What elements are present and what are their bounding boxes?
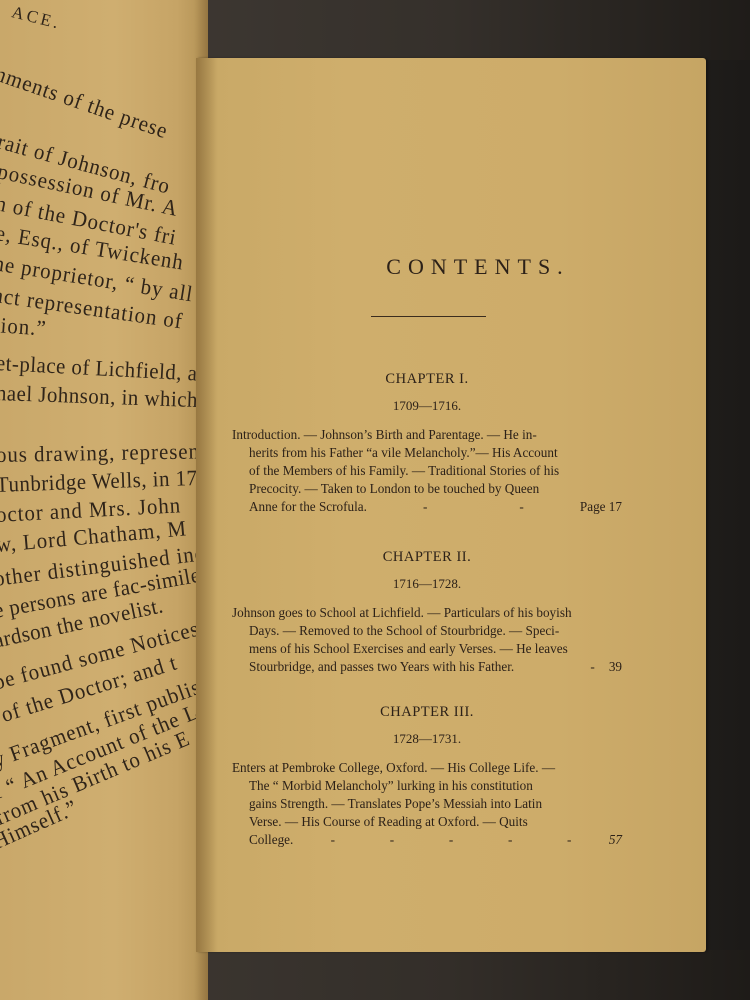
summary-line: mens of his School Exercises and early V…	[232, 640, 622, 658]
summary-last-line: Anne for the Scrofula. - - Page 17	[232, 498, 622, 516]
leader-dash: -	[331, 831, 335, 849]
leader-dash: -	[590, 658, 594, 676]
chapter-summary: Johnson goes to School at Lichfield. — P…	[232, 604, 622, 676]
running-head: ACE.	[10, 2, 64, 34]
leader-dash: -	[567, 831, 571, 849]
summary-line: gains Strength. — Translates Pope’s Mess…	[232, 795, 622, 813]
dot-leaders: - -	[367, 498, 580, 516]
preface-line: nments of the prese	[0, 61, 172, 145]
summary-line: Anne for the Scrofula.	[249, 498, 367, 516]
summary-line: Days. — Removed to the School of Stourbr…	[232, 622, 622, 640]
chapter-years: 1716—1728.	[232, 575, 622, 593]
leader-dash: -	[519, 498, 523, 516]
leader-dash: -	[390, 831, 394, 849]
page-number: Page 17	[580, 498, 622, 516]
dot-leaders: - - - - -	[293, 831, 608, 849]
leader-dash: -	[508, 831, 512, 849]
chapter-entry: CHAPTER III. 1728—1731. Enters at Pembro…	[232, 702, 622, 849]
chapter-summary: Enters at Pembroke College, Oxford. — Hi…	[232, 759, 622, 849]
page-title: CONTENTS.	[196, 254, 706, 280]
gutter-shadow	[196, 58, 218, 952]
left-page-preface: ACE. nments of the prese rait of Johnson…	[0, 0, 208, 1000]
preface-line: ous drawing, represent	[0, 438, 207, 468]
summary-line: The “ Morbid Melancholy” lurking in his …	[232, 777, 622, 795]
chapter-heading: CHAPTER I.	[232, 369, 622, 389]
chapter-entry: CHAPTER I. 1709—1716. Introduction. — Jo…	[232, 369, 622, 516]
chapter-entry: CHAPTER II. 1716—1728. Johnson goes to S…	[232, 547, 622, 676]
summary-line: Precocity. — Taken to London to be touch…	[232, 480, 622, 498]
right-page-contents: CONTENTS. CHAPTER I. 1709—1716. Introduc…	[196, 58, 706, 952]
chapter-summary: Introduction. — Johnson’s Birth and Pare…	[232, 426, 622, 516]
chapter-years: 1728—1731.	[232, 730, 622, 748]
summary-line: Introduction. — Johnson’s Birth and Pare…	[232, 426, 622, 444]
leader-dash: -	[423, 498, 427, 516]
preface-line: tion.”	[0, 312, 48, 342]
summary-line: of the Members of his Family. — Traditio…	[232, 462, 622, 480]
title-rule-divider	[371, 316, 486, 317]
summary-line: Stourbridge, and passes two Years with h…	[249, 658, 514, 676]
summary-line: College.	[249, 831, 293, 849]
chapter-heading: CHAPTER III.	[232, 702, 622, 722]
dot-leaders: -	[514, 658, 609, 676]
summary-last-line: College. - - - - - 57	[232, 831, 622, 849]
summary-line: Johnson goes to School at Lichfield. — P…	[232, 604, 622, 622]
summary-last-line: Stourbridge, and passes two Years with h…	[232, 658, 622, 676]
page-number: 57	[609, 831, 622, 849]
summary-line: Verse. — His Course of Reading at Oxford…	[232, 813, 622, 831]
leader-dash: -	[449, 831, 453, 849]
page-number: 39	[609, 658, 622, 676]
chapter-heading: CHAPTER II.	[232, 547, 622, 567]
summary-line: herits from his Father “a vile Melanchol…	[232, 444, 622, 462]
summary-line: Enters at Pembroke College, Oxford. — Hi…	[232, 759, 622, 777]
chapter-years: 1709—1716.	[232, 397, 622, 415]
